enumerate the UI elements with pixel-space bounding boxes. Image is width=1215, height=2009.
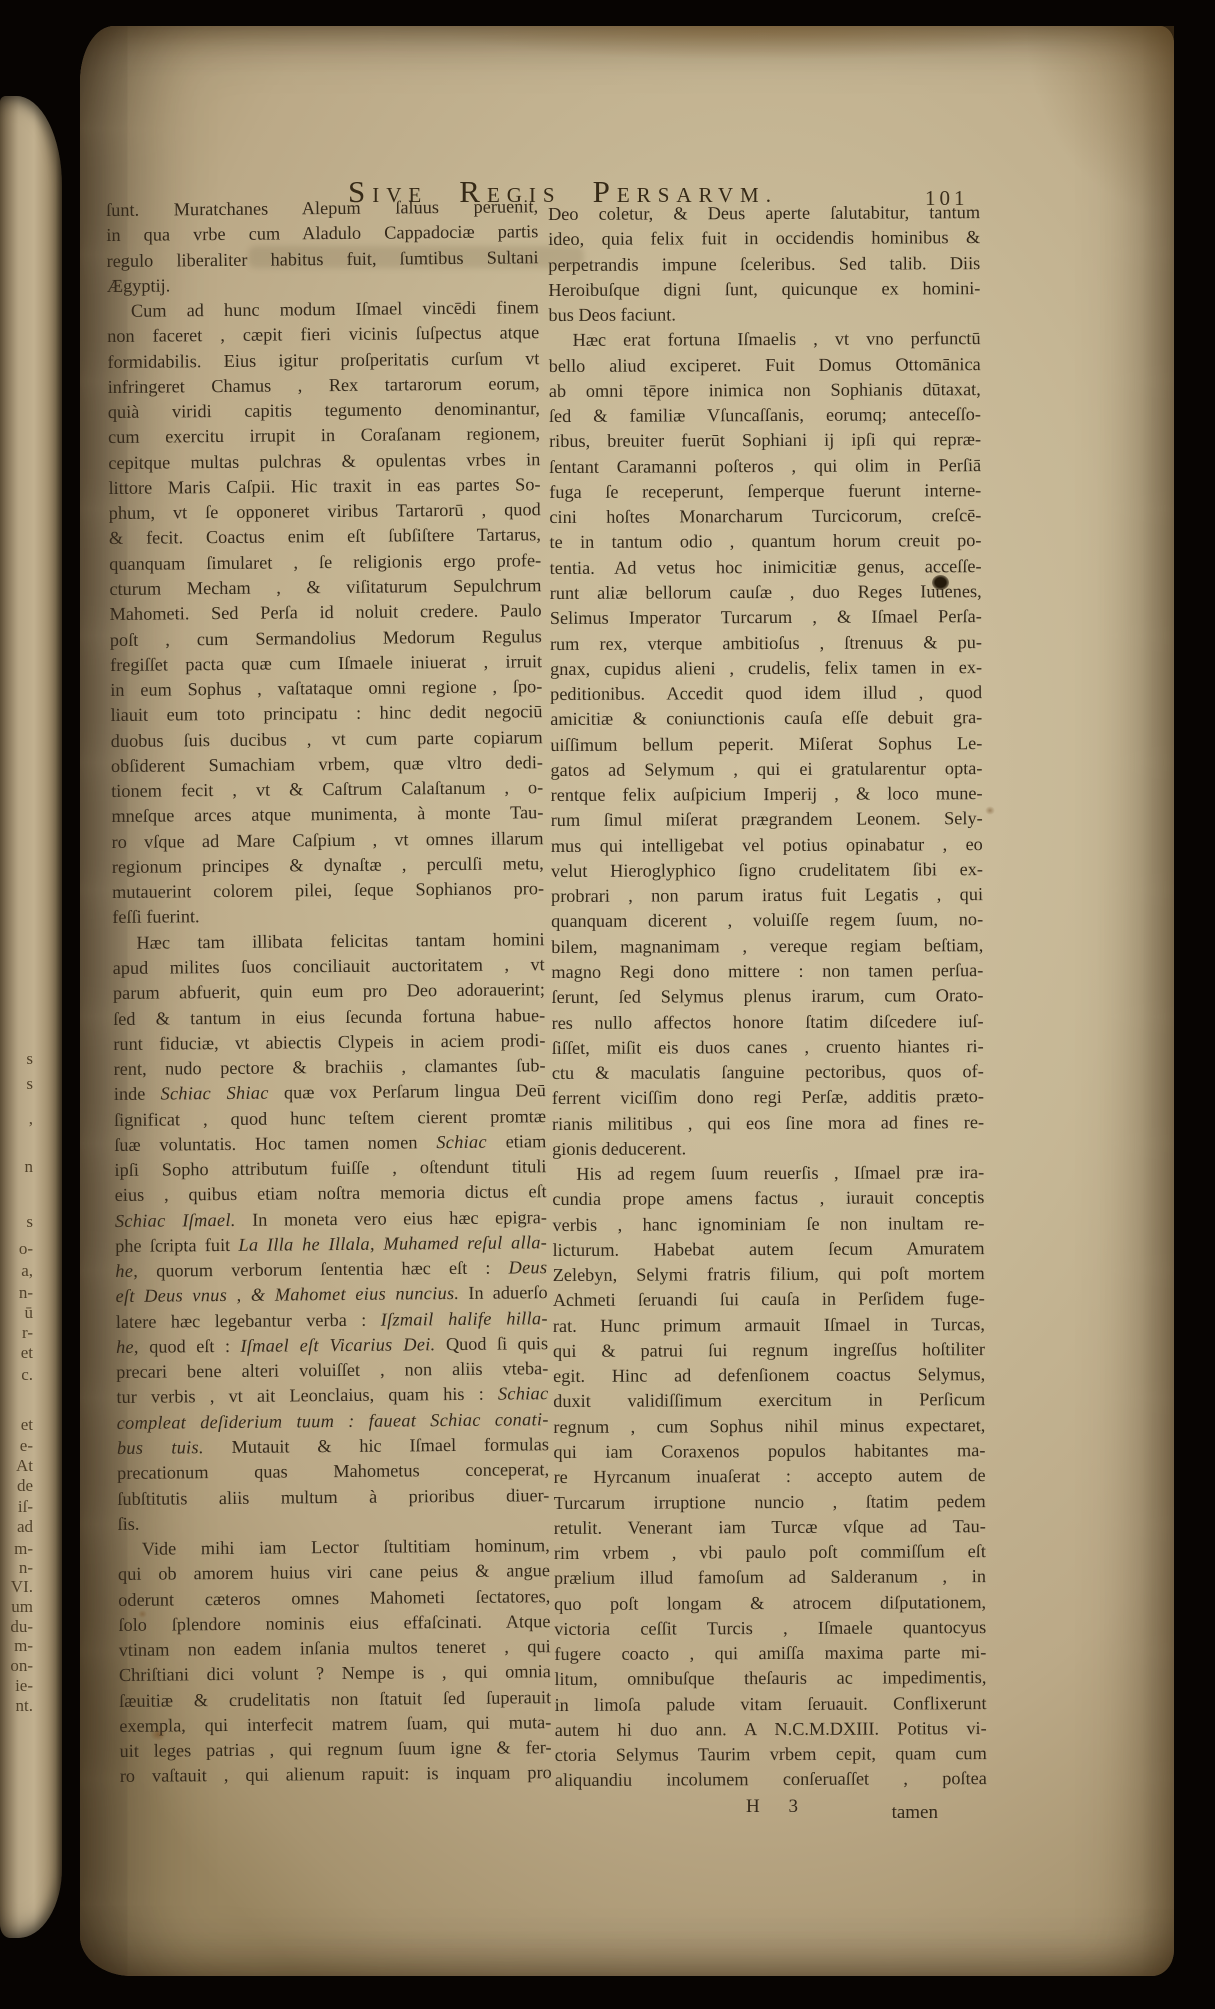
- text-line: poſt , cum Sermandolius Medorum Regulus: [110, 624, 542, 653]
- text-line: ferrent viciſſim dono regi Perſæ, additi…: [552, 1084, 984, 1111]
- text-line: cundia prope amens factus , iurauit conc…: [552, 1185, 984, 1212]
- text-line: ſed & familiæ Vſuncaſſanis, eorumq; ante…: [549, 402, 981, 429]
- text-line: quanquam dicerent , voluiſſe regem ſuum,…: [551, 908, 983, 935]
- text-line: bilem, magnanimam , vereque regiam beſti…: [551, 933, 983, 960]
- text-line: qui ob amorem huius viri cane peius & an…: [118, 1559, 550, 1588]
- text-line: tionem fecit , vt & Caſtrum Calaſtanum ,…: [111, 775, 543, 804]
- text-line: regulo liberaliter habitus fuit, ſumtibu…: [106, 245, 538, 274]
- text-line: mneſque arces atque munimenta, à monte T…: [111, 801, 543, 830]
- text-line: Schiac Iſmael. In moneta vero eius hæc e…: [115, 1205, 547, 1234]
- text-line: rianis militibus , qui eos ſine mora ad …: [552, 1110, 984, 1137]
- text-line: Cum ad hunc modum Iſmael vincēdi finem: [107, 295, 539, 324]
- text-line: ab omni tēpore inimica non Sophianis dūt…: [549, 377, 981, 404]
- text-line: infringeret Chamus , Rex tartarorum eoru…: [108, 371, 540, 400]
- text-line: regionum principes & dynaſtæ , perculſi …: [112, 851, 544, 880]
- text-line: eius , quibus etiam noſtra memoria dictu…: [115, 1180, 547, 1209]
- text-line: ſis.: [117, 1508, 549, 1537]
- text-line: res nullo affectos honore ſtatim diſcede…: [552, 1009, 984, 1036]
- text-line: ro vaſtauit , qui alienum rapuit: is inq…: [120, 1761, 552, 1790]
- text-line: ſubſtitutis aliis multum à prioribus diu…: [117, 1483, 549, 1512]
- margin-fragment: iſ-: [0, 1498, 36, 1515]
- margin-fragment: nt.: [0, 1697, 36, 1714]
- text-line: Turcarum irruptione nuncio , ſtatim pede…: [554, 1489, 986, 1516]
- text-line: probrari , non parum iratus fuit Legatis…: [551, 882, 983, 909]
- text-line: precationum quas Mahometus conceperat,: [117, 1457, 549, 1486]
- foxing-spot: [985, 806, 995, 815]
- text-line: compleat deſiderium tuum : faueat Schiac…: [117, 1407, 549, 1436]
- text-line: litum, omnibuſque theſauris ac impedimen…: [554, 1666, 986, 1693]
- text-line: eſt Deus vnus , & Mahomet eius nuncius. …: [115, 1281, 547, 1310]
- margin-fragment: m-: [0, 1540, 36, 1557]
- book-scan: { "page": { "header": "SIVE REGIS PERSAR…: [0, 0, 1215, 2009]
- text-line: phe ſcripta fuit La Illa he Illala, Muha…: [115, 1230, 547, 1259]
- margin-fragment: n-: [0, 1284, 36, 1301]
- margin-fragment: de: [0, 1477, 36, 1494]
- text-line: ſerunt, ſed Selymus plenus irarum, cum O…: [551, 983, 983, 1010]
- text-line: peditionibus. Accedit quod idem illud , …: [550, 680, 982, 707]
- text-line: fregiſſet pacta quæ cum Iſmaele iniuerat…: [110, 649, 542, 678]
- margin-fragment: At: [0, 1457, 36, 1474]
- margin-fragment: o-: [0, 1240, 36, 1257]
- margin-fragment: et: [0, 1344, 36, 1361]
- text-line: Hæc tam illibata felicitas tantam homini: [112, 927, 544, 956]
- text-line: cturum Mecham , & viſitaturum Sepulchrum: [109, 573, 541, 602]
- text-line: cepitque multas pulchras & opulentas vrb…: [108, 447, 540, 476]
- text-line: duobus ſuis ducibus , vt cum parte copia…: [111, 725, 543, 754]
- margin-fragment: s: [0, 1075, 36, 1092]
- text-line: ſæuitiæ & crudelitatis non ſtatuit ſed ſ…: [119, 1685, 551, 1714]
- text-line: autem hi duo ann. A N.C.M.DXIII. Potitus…: [555, 1716, 987, 1743]
- margin-fragment-layer: ss,nso-a,n-ūr-etc.ete-Atdeiſ-adm-n-VI.um…: [0, 0, 40, 2009]
- margin-fragment: ū: [0, 1304, 36, 1321]
- text-line: ſiſſet, miſit eis duos canes , cruento h…: [552, 1034, 984, 1061]
- text-line: bus Deos faciunt.: [548, 301, 980, 328]
- text-line: phum, vt ſe opponeret viribus Tartarorū …: [109, 497, 541, 526]
- text-line: littore Maris Caſpii. Hic traxit in eas …: [108, 472, 540, 501]
- text-line: in limoſa palude vitam ſeruauit. Conflix…: [555, 1691, 987, 1718]
- text-line: ctoria Selymus Taurim vrbem cepit, quam …: [555, 1741, 987, 1768]
- text-line: victoria ceſſit Turcis , Iſmaele quantoc…: [554, 1615, 986, 1642]
- text-line: magno Regi dono mittere : non tamen perſ…: [551, 958, 983, 985]
- text-line: Chriſtiani dici volunt ? Nempe is , qui …: [119, 1660, 551, 1689]
- text-line: rentque felix auſpicium Imperij , & loco…: [551, 781, 983, 808]
- text-line: precari bene alteri voluiſſet , non alii…: [116, 1356, 548, 1385]
- text-line: runt aliæ bellorum cauſæ , duo Reges Iuu…: [550, 579, 982, 606]
- text-line: licturum. Habebat autem ſecum Amuratem: [553, 1236, 985, 1263]
- text-line: ctu & maculatis ſanguine pectoribus, quo…: [552, 1059, 984, 1086]
- text-line: Hæc erat fortuna Iſmaelis , vt vno perfu…: [549, 326, 981, 353]
- text-line: Ægyptij.: [107, 270, 539, 299]
- catchword: tamen: [892, 1802, 938, 1824]
- text-line: Heroibuſque digni ſunt, quicunque ex hom…: [548, 276, 980, 303]
- text-line: ſunt. Muratchanes Alepum ſaluus peruenit…: [106, 194, 538, 223]
- text-line: non faceret , cæpit fieri vicinis ſuſpec…: [107, 321, 539, 350]
- text-line: ſuæ voluntatis. Hoc tamen nomen Schiac e…: [114, 1129, 546, 1158]
- text-line: re Hyrcanum inuaſerat : accepto autem de: [554, 1463, 986, 1490]
- text-line: retulit. Venerant iam Turcæ vſque ad Tau…: [554, 1514, 986, 1541]
- margin-fragment: m-: [0, 1637, 36, 1654]
- text-line: bello aliud exciperet. Fuit Domus Ottomā…: [549, 352, 981, 379]
- text-line: rat. Hunc primum armauit Iſmael in Turca…: [553, 1312, 985, 1339]
- text-line: he, quorum verborum ſententia hæc eſt : …: [115, 1255, 547, 1284]
- margin-fragment: c.: [0, 1366, 36, 1383]
- text-line: quo poſt longam & atrocem diſputationem,: [554, 1590, 986, 1617]
- text-line: Selimus Imperator Turcarum , & Iſmael Pe…: [550, 604, 982, 631]
- margin-fragment: ad: [0, 1518, 36, 1535]
- margin-fragment: e-: [0, 1437, 36, 1454]
- book-page: SIVE REGIS PERSARVM. 101 ſunt. Muratchan…: [80, 26, 1174, 1976]
- text-column-left: ſunt. Muratchanes Alepum ſaluus peruenit…: [106, 194, 552, 1789]
- text-line: fugere coacto , qui amiſſa maxima parte …: [554, 1640, 986, 1667]
- text-line: he, quod eſt : Iſmael eſt Vicarius Dei. …: [116, 1331, 548, 1360]
- margin-fragment: on-: [0, 1657, 36, 1674]
- margin-fragment: ie-: [0, 1677, 36, 1694]
- text-line: obſiderent Sumachiam vrbem, quæ vltro de…: [111, 750, 543, 779]
- text-line: gatos ad Selymum , qui ei gratularentur …: [550, 756, 982, 783]
- text-line: rent, nudo pectore & brachiis , clamante…: [113, 1053, 545, 1082]
- margin-fragment: n-: [0, 1559, 36, 1576]
- signature-mark: H 3: [746, 1796, 810, 1818]
- text-line: Vide mihi iam Lector ſtultitiam hominum,: [118, 1533, 550, 1562]
- text-line: ribus, breuiter fuerūt Sophiani ij ipſi …: [549, 428, 981, 455]
- text-line: mutauerint colorem pilei, ſeque Sophiano…: [112, 876, 544, 905]
- text-line: perpetrandis impune ſceleribus. Sed tali…: [548, 251, 980, 278]
- text-line: Mahometi. Sed Perſa id noluit credere. P…: [110, 598, 542, 627]
- text-line: regnum , cum Sophus nihil minus expectar…: [553, 1413, 985, 1440]
- text-line: rum ſimul miſerat prægrandem Leonem. Sel…: [551, 806, 983, 833]
- text-line: in eum Sophus , vaſtataque omni regione …: [110, 674, 542, 703]
- text-line: gionis deducerent.: [552, 1135, 984, 1162]
- text-line: inde Schiac Shiac quæ vox Perſarum lingu…: [114, 1078, 546, 1107]
- text-line: ſed & tantum in eius ſecunda fortuna hab…: [113, 1003, 545, 1032]
- text-line: rum rex, vterque ambitioſus , ſtrenuus &…: [550, 630, 982, 657]
- margin-fragment: a,: [0, 1262, 36, 1279]
- text-line: ipſi Sopho attributum fuiſſe , oſtendunt…: [114, 1154, 546, 1183]
- text-line: gnax, cupidus alieni , crudelis, felix t…: [550, 655, 982, 682]
- margin-fragment: et: [0, 1416, 36, 1433]
- text-line: quià viridi capitis tegumento denominant…: [108, 396, 540, 425]
- text-line: parum abfuerit, quin eum pro Deo adoraue…: [113, 977, 545, 1006]
- text-line: & fecit. Coactus enim eſt ſubſiſtere Tar…: [109, 523, 541, 552]
- text-line: Zelebyn, Selymi fratris filium, qui poſt…: [553, 1261, 985, 1288]
- text-line: latere hæc legebantur verba : Iſzmail ha…: [116, 1306, 548, 1335]
- text-line: apud milites ſuos conciliauit auctoritat…: [113, 952, 545, 981]
- text-line: te in tantum odio , quantum horum creuit…: [549, 529, 981, 556]
- margin-fragment: n: [0, 1158, 36, 1175]
- text-line: ſignificat , quod hunc teſtem cierent pr…: [114, 1104, 546, 1133]
- text-line: quanquam ſimularet , ſe religionis ergo …: [109, 548, 541, 577]
- margin-fragment: du-: [0, 1618, 36, 1635]
- text-line: duxit validiſſimum exercitum in Perſicum: [553, 1388, 985, 1415]
- text-line: ideo, quia felix fuit in occidendis homi…: [548, 225, 980, 252]
- text-line: uiſſimum bellum peperit. Miſerat Sophus …: [550, 731, 982, 758]
- text-line: qui & patrui ſui regnum ingreſſus hoſtil…: [553, 1337, 985, 1364]
- text-line: egit. Hinc ad defenſionem coactus Selymu…: [553, 1362, 985, 1389]
- text-line: ſentant Caramanni poſteros , qui olim in…: [549, 453, 981, 480]
- text-line: liauit eum toto principatu : hinc dedit …: [110, 700, 542, 729]
- text-line: uit leges patrias , qui regnum ſuum igne…: [119, 1735, 551, 1764]
- text-line: qui iam Coraxenos populos habitantes ma-: [553, 1438, 985, 1465]
- text-line: mus qui intelligebat vel potius opinabat…: [551, 832, 983, 859]
- corner-stain: [1024, 26, 1174, 216]
- text-line: Deo coletur, & Deus aperte ſalutabitur, …: [548, 200, 980, 227]
- margin-fragment: r-: [0, 1324, 36, 1341]
- text-line: ſolo ſplendore nominis eius effaſcinati.…: [118, 1609, 550, 1638]
- text-line: Achmeti ſeruandi ſui cauſa in Perſidem f…: [553, 1287, 985, 1314]
- text-line: vtinam non eadem inſania multos teneret …: [119, 1634, 551, 1663]
- text-line: prælium illud famoſum ad Salderanum , in: [554, 1564, 986, 1591]
- text-column-right: Deo coletur, & Deus aperte ſalutabitur, …: [548, 200, 987, 1794]
- margin-fragment: s: [0, 1213, 36, 1230]
- text-line: exempla, qui interfecit matrem ſuam, qui…: [119, 1710, 551, 1739]
- margin-fragment: VI.: [0, 1578, 36, 1595]
- text-line: ro vſque ad Mare Caſpium , vt omnes illa…: [112, 826, 544, 855]
- text-line: cum exercitu irrupit in Coraſanam region…: [108, 422, 540, 451]
- text-line: in qua vrbe cum Aladulo Cappadociæ parti…: [106, 219, 538, 248]
- text-line: His ad regem ſuum reuerſis , Iſmael præ …: [552, 1160, 984, 1187]
- text-line: fuga ſe receperunt, ſemperque fuerunt in…: [549, 478, 981, 505]
- text-line: cini hoſtes Monarcharum Turcicorum, creſ…: [549, 503, 981, 530]
- margin-fragment: ,: [0, 1110, 36, 1127]
- text-line: runt fiduciæ, vt abiectis Clypeis in aci…: [113, 1028, 545, 1057]
- signature-row: H 3 tamen: [548, 1796, 980, 1822]
- text-line: oderunt cæteros omnes Mahometi ſectatore…: [118, 1584, 550, 1613]
- text-line: feſſi fuerint.: [112, 902, 544, 931]
- text-line: bus tuis. Mutauit & hic Iſmael formulas: [117, 1432, 549, 1461]
- margin-fragment: s: [0, 1050, 36, 1067]
- text-line: velut Hieroglyphico ſigno crudelitatem ſ…: [551, 857, 983, 884]
- text-line: verbis , hanc ignominiam ſe non inultam …: [552, 1211, 984, 1238]
- text-line: formidabilis. Eius igitur proſperitatis …: [107, 346, 539, 375]
- text-line: amicitiæ & coniunctionis cauſa eſſe debu…: [550, 705, 982, 732]
- text-line: tentia. Ad vetus hoc inimicitiæ genus, a…: [550, 554, 982, 581]
- text-line: tur verbis , vt ait Leonclaius, quam his…: [116, 1382, 548, 1411]
- text-line: rim vrbem , vbi paulo poſt commiſſum eſt: [554, 1539, 986, 1566]
- text-line: aliquandiu incolumem conſeruaſſet , poſt…: [555, 1767, 987, 1794]
- margin-fragment: um: [0, 1598, 36, 1615]
